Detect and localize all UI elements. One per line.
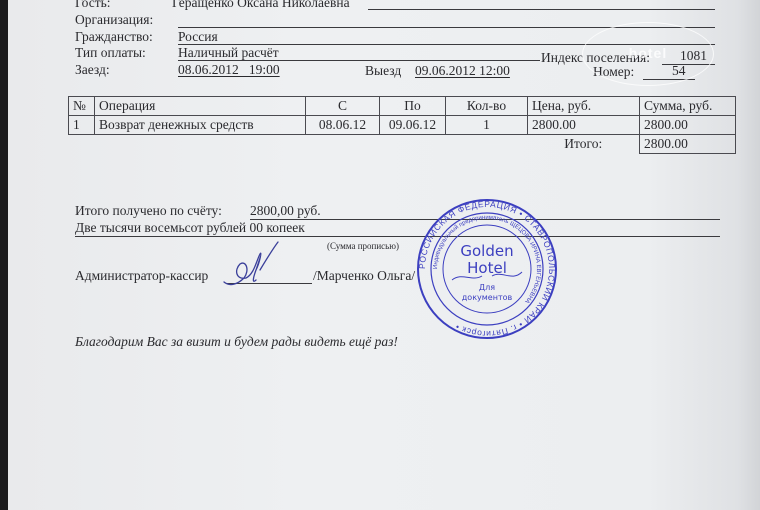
header-operation: Операция xyxy=(95,97,306,116)
amount-words: Две тысячи восемьсот рублей 00 копеек xyxy=(75,220,305,236)
watermark: hotel xyxy=(582,22,714,86)
citizenship-label: Гражданство: xyxy=(75,29,153,45)
header-price: Цена, руб. xyxy=(528,97,640,116)
citizenship-value: Россия xyxy=(178,29,218,45)
checkin-value: 08.06.2012 19:00 xyxy=(178,62,280,78)
cell-quantity: 1 xyxy=(446,116,528,135)
cell-sum: 2800.00 xyxy=(640,116,736,135)
header-to: По xyxy=(380,97,446,116)
checkin-label: Заезд: xyxy=(75,62,110,78)
table-total-row: Итого: 2800.00 xyxy=(69,135,736,154)
guest-value: Геращенко Оксана Николаевна xyxy=(172,0,350,11)
table-header-row: № Операция С По Кол-во Цена, руб. Сумма,… xyxy=(69,97,736,116)
total-label: Итого: xyxy=(528,135,640,154)
amount-words-caption: (Сумма прописью) xyxy=(327,238,399,254)
cell-from: 08.06.12 xyxy=(306,116,380,135)
cashier-label: Администратор-кассир xyxy=(75,268,208,284)
checkout-label: Выезд xyxy=(365,63,401,79)
guest-label: Гость: xyxy=(75,0,111,11)
hotel-stamp-icon: РОССИЙСКАЯ ФЕДЕРАЦИЯ • СТАВРОПОЛЬСКИЙ КР… xyxy=(416,198,558,340)
header-number: № xyxy=(69,97,95,116)
checkout-value: 09.06.2012 12:00 xyxy=(415,63,510,79)
table-row: 1 Возврат денежных средств 08.06.12 09.0… xyxy=(69,116,736,135)
payment-type-value: Наличный расчёт xyxy=(178,45,279,61)
cashier-name: /Марченко Ольга/ xyxy=(313,268,415,284)
total-value: 2800.00 xyxy=(640,135,736,154)
scan-edge xyxy=(0,0,8,510)
svg-text:Golden: Golden xyxy=(460,242,513,260)
payment-type-label: Тип оплаты: xyxy=(75,45,146,61)
received-value: 2800,00 руб. xyxy=(250,203,321,219)
operations-table: № Операция С По Кол-во Цена, руб. Сумма,… xyxy=(68,96,736,154)
amount-words-underline xyxy=(75,236,720,237)
header-from: С xyxy=(306,97,380,116)
svg-text:Для: Для xyxy=(479,283,495,292)
svg-text:документов: документов xyxy=(462,293,513,302)
header-quantity: Кол-во xyxy=(446,97,528,116)
organization-label: Организация: xyxy=(75,12,153,28)
cell-number: 1 xyxy=(69,116,95,135)
header-sum: Сумма, руб. xyxy=(640,97,736,116)
cell-to: 09.06.12 xyxy=(380,116,446,135)
payment-type-underline xyxy=(178,60,540,61)
guest-underline xyxy=(368,9,715,10)
received-label: Итого получено по счёту: xyxy=(75,203,222,219)
cell-operation: Возврат денежных средств xyxy=(95,116,306,135)
cell-price: 2800.00 xyxy=(528,116,640,135)
thanks-message: Благодарим Вас за визит и будем рады вид… xyxy=(75,334,398,350)
signature-icon xyxy=(216,240,296,290)
